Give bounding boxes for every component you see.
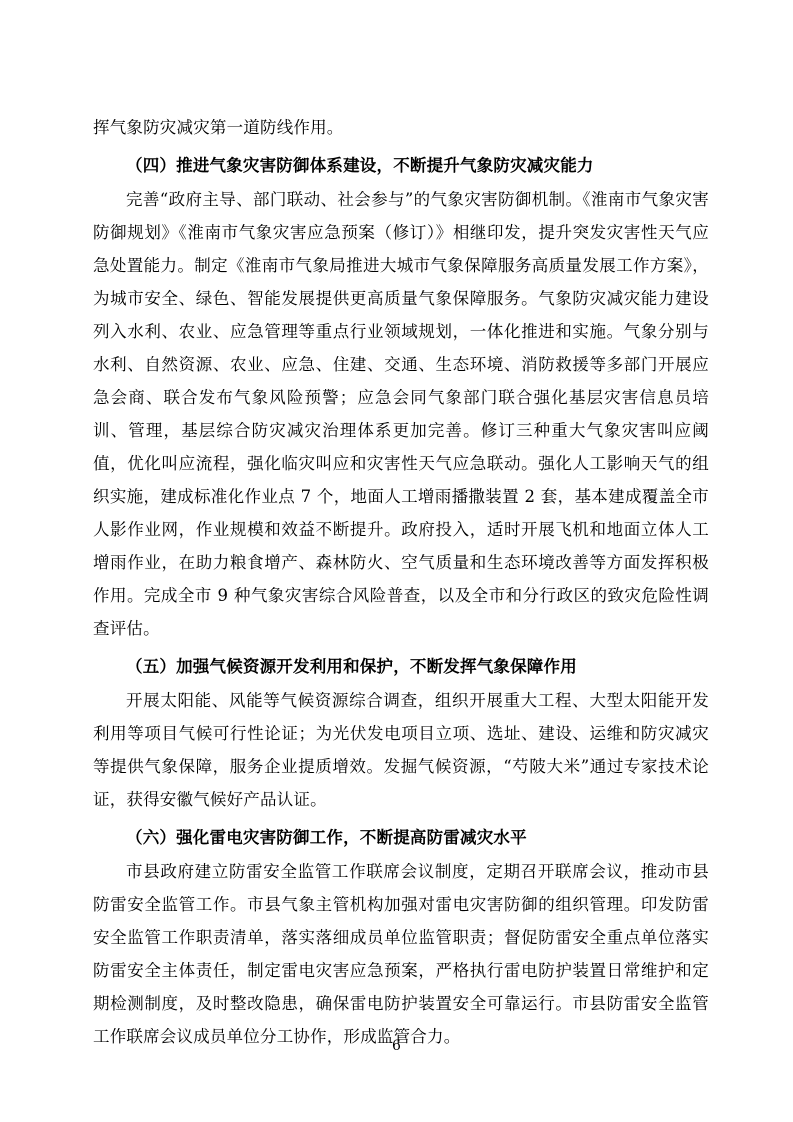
body-paragraph: 开展太阳能、风能等气候资源综合调查，组织开展重大工程、大型太阳能开发利用等项目气… — [93, 684, 709, 816]
body-paragraph: 市县政府建立防雷安全监管工作联席会议制度，定期召开联席会议，推动市县防雷安全监管… — [93, 855, 709, 1053]
section-heading: （四）推进气象灾害防御体系建设，不断提升气象防灾减灾能力 — [93, 149, 709, 182]
body-paragraph: 挥气象防灾减灾第一道防线作用。 — [93, 111, 709, 144]
document-page: 挥气象防灾减灾第一道防线作用。（四）推进气象灾害防御体系建设，不断提升气象防灾减… — [0, 0, 793, 1122]
page-number: 6 — [0, 1036, 793, 1056]
page-body: 挥气象防灾减灾第一道防线作用。（四）推进气象灾害防御体系建设，不断提升气象防灾减… — [93, 111, 709, 1053]
section-heading: （六）强化雷电灾害防御工作，不断提高防雷减灾水平 — [93, 821, 709, 854]
body-paragraph: 完善“政府主导、部门联动、社会参与”的气象灾害防御机制。《淮南市气象灾害防御规划… — [93, 183, 709, 645]
section-heading: （五）加强气候资源开发利用和保护，不断发挥气象保障作用 — [93, 650, 709, 683]
